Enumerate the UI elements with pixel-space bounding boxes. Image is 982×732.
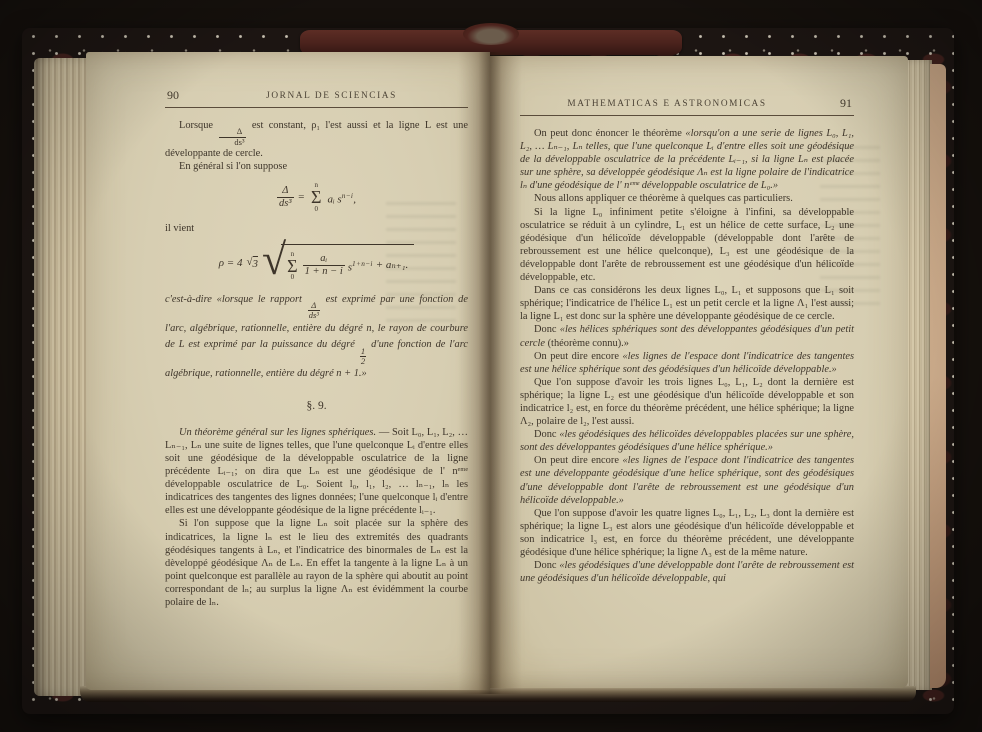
big-radical: √ n Σ 0 aᵢ 1 + n − i s1+n−i + aₙ₊₁. xyxy=(262,244,414,283)
small-radical: √3 xyxy=(246,256,258,271)
paragraph: Lorsque Δds³ est constant, ρ₁ l'est auss… xyxy=(165,119,468,160)
header-rule-right xyxy=(520,115,854,116)
fraction: aᵢ 1 + n − i xyxy=(303,253,345,278)
paragraph: c'est-à-dire «lorsque le rapport Δds³ es… xyxy=(165,292,468,383)
photo-of-open-book: 90 JORNAL DE SCIENCIAS Lorsque Δds³ est … xyxy=(0,0,982,732)
summation-sign: n Σ 0 xyxy=(287,251,297,281)
right-page: MATHEMATICAS E ASTRONOMICAS 91 On peut d… xyxy=(490,56,908,688)
right-running-header: MATHEMATICAS E ASTRONOMICAS 91 xyxy=(520,98,854,113)
paragraph: Donc «les géodésiques des hélicoïdes dév… xyxy=(520,428,854,454)
series-term: aᵢ sn−i, xyxy=(327,189,356,207)
page-number-left: 90 xyxy=(167,89,179,102)
paragraph: il vient xyxy=(165,222,468,235)
paragraph: Si l'on suppose que la ligne Lₙ soit pla… xyxy=(165,517,468,609)
fore-edge xyxy=(930,64,946,688)
paragraph: On peut dire encore «les lignes de l'esp… xyxy=(520,350,854,376)
paragraph: Un théorème général sur les lignes sphér… xyxy=(165,426,468,518)
paragraph: On peut dire encore «les lignes de l'esp… xyxy=(520,454,854,506)
equation-radius: ρ = 4 √3 √ n Σ 0 aᵢ 1 + n − i xyxy=(165,244,468,283)
paragraph: On peut donc énoncer le théorème «lorsqu… xyxy=(520,127,854,192)
right-page-text-column: MATHEMATICAS E ASTRONOMICAS 91 On peut d… xyxy=(520,98,854,585)
summation-sign: n Σ 0 xyxy=(311,182,321,212)
page-number-right: 91 xyxy=(840,97,852,110)
left-running-header: 90 JORNAL DE SCIENCIAS xyxy=(165,90,468,105)
paragraph: Que l'on suppose d'avoir les quatre lign… xyxy=(520,507,854,559)
paragraph: Nous allons appliquer ce théorème à quel… xyxy=(520,192,854,205)
page-stack-left-edge xyxy=(34,58,90,696)
paragraph: Si la ligne L₀ infiniment petite s'éloig… xyxy=(520,206,854,285)
paragraph: Que l'on suppose d'avoir les trois ligne… xyxy=(520,376,854,428)
section-heading: §. 9. xyxy=(165,400,468,413)
paragraph: Donc «les hélices sphériques sont des dé… xyxy=(520,323,854,349)
paragraph: Dans ce cas considérons les deux lignes … xyxy=(520,284,854,323)
header-rule-left xyxy=(165,107,468,108)
equation-series: Δ ds³ = n Σ 0 aᵢ sn−i, xyxy=(165,182,468,212)
running-title-right: MATHEMATICAS E ASTRONOMICAS xyxy=(520,98,814,111)
series-term: s1+n−i xyxy=(348,257,373,275)
running-title-left: JORNAL DE SCIENCIAS xyxy=(195,90,468,103)
fraction: Δ ds³ xyxy=(277,185,293,210)
paragraph: En général si l'on suppose xyxy=(165,160,468,173)
left-page: 90 JORNAL DE SCIENCIAS Lorsque Δds³ est … xyxy=(86,52,490,690)
left-page-text-column: 90 JORNAL DE SCIENCIAS Lorsque Δds³ est … xyxy=(165,90,468,609)
paragraph: Donc «les géodésiques d'une développable… xyxy=(520,559,854,585)
